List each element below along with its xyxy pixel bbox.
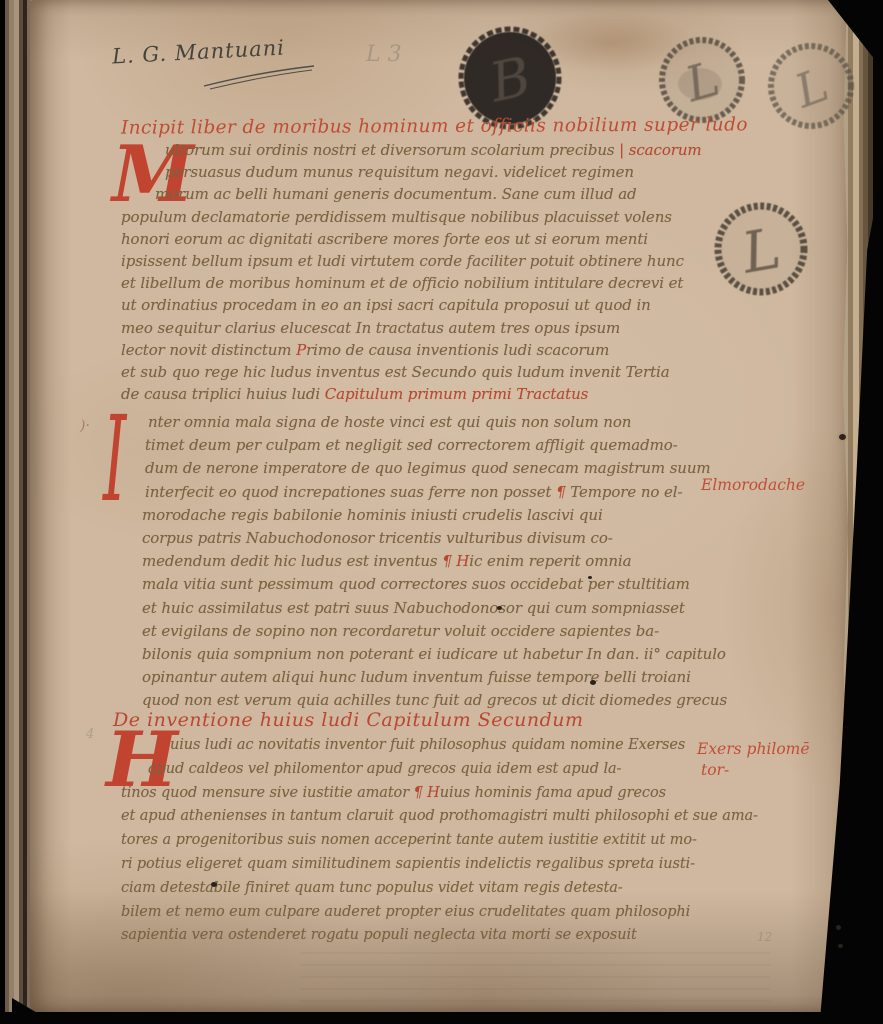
text-line: et huic assimilatus est patri suus Nabuc… xyxy=(142,599,685,617)
body-text: et libellum de moribus hominum et de off… xyxy=(121,274,683,292)
text-line: populum declamatorie perdidissem multisq… xyxy=(121,208,672,226)
text-line: nter omnia mala signa de hoste vinci est… xyxy=(148,413,631,431)
wormhole-dot xyxy=(836,925,841,930)
body-text: bilem et nemo eum culpare auderet propte… xyxy=(121,904,690,920)
text-line: persuasus dudum munus requisitum negavi.… xyxy=(165,163,634,181)
text-line: et sub quo rege hic ludus inventus est S… xyxy=(121,363,670,381)
verso-showthrough xyxy=(300,952,770,1007)
text-line: sapientia vera ostenderet rogatu populi … xyxy=(121,927,637,943)
body-text: persuasus dudum munus requisitum negavi.… xyxy=(165,163,634,181)
text-line: honori eorum ac dignitati ascribere more… xyxy=(121,230,648,248)
text-line: lector novit distinctum Primo de causa i… xyxy=(121,341,609,359)
body-text: interfecit eo quod increpationes suas fe… xyxy=(145,483,556,501)
body-text: Tempore no el- xyxy=(566,483,683,501)
body-text: tores a progenitoribus suis nomen accepe… xyxy=(121,832,697,848)
ink-speck xyxy=(211,882,217,887)
drop-cap-i: I xyxy=(103,400,126,518)
background-bottom-edge xyxy=(0,1012,883,1024)
body-text: quod non est verum quia achilles tunc fu… xyxy=(142,691,727,709)
body-text: honori eorum ac dignitati ascribere more… xyxy=(121,230,648,248)
body-text: sapientia vera ostenderet rogatu populi … xyxy=(121,927,637,943)
body-text: bilonis quia sompnium non poterant ei iu… xyxy=(142,645,726,663)
body-text: morum ac belli humani generis documentum… xyxy=(155,185,637,203)
body-text: rimo de causa inventionis ludi scacorum xyxy=(306,341,609,359)
body-text: meo sequitur clarius elucescat In tracta… xyxy=(121,319,620,337)
body-text: ic enim reperit omnia xyxy=(469,552,631,570)
pencil-top-note: L 3 xyxy=(366,42,402,67)
body-text: opinantur autem aliqui hunc ludum invent… xyxy=(142,668,691,686)
ink-speck xyxy=(497,606,502,610)
incipit-rubric: Incipit liber de moribus hominum et offi… xyxy=(121,114,748,138)
text-line: et apud athenienses in tantum claruit qu… xyxy=(121,808,758,824)
body-text: nter omnia mala signa de hoste vinci est… xyxy=(148,413,631,431)
margin-sign: 4 xyxy=(86,727,94,742)
margin-note-exerses-line1: Exers philomē xyxy=(697,740,810,758)
body-text: mala vitia sunt pessimum quod correctore… xyxy=(142,575,690,593)
body-text: apud caldeos vel philomentor apud grecos… xyxy=(148,761,621,777)
text-line: timet deum per culpam et negligit sed co… xyxy=(145,436,678,454)
text-line: bilem et nemo eum culpare auderet propte… xyxy=(121,904,690,920)
body-text: tinos quod mensure sive iustitie amator xyxy=(121,785,414,801)
rubricated-text: P xyxy=(296,341,306,359)
ink-speck xyxy=(590,680,596,685)
body-text: medendum dedit hic ludus est inventus xyxy=(142,552,442,570)
text-line: corpus patris Nabuchodonosor tricentis v… xyxy=(142,529,613,547)
text-line: ut ordinatius procedam in eo an ipsi sac… xyxy=(121,296,651,314)
body-text: ut ordinatius procedam in eo an ipsi sac… xyxy=(121,296,651,314)
body-text: dum de nerone imperatore de quo legimus … xyxy=(145,459,711,477)
text-line: medendum dedit hic ludus est inventus ¶ … xyxy=(142,552,631,570)
body-text: de causa triplici huius ludi xyxy=(121,385,325,403)
library-stamp-faint-2: L xyxy=(766,40,856,132)
body-text: ipsissent bellum ipsum et ludi virtutem … xyxy=(121,252,684,270)
body-text: corpus patris Nabuchodonosor tricentis v… xyxy=(142,529,613,547)
body-text: et apud athenienses in tantum claruit qu… xyxy=(121,808,758,824)
rubricated-text: | scacorum xyxy=(619,141,701,159)
rubricated-text: Capitulum primum primi Tractatus xyxy=(325,385,588,403)
body-text: uius hominis fama apud grecos xyxy=(440,785,666,801)
rubricated-text: ¶ xyxy=(556,483,565,501)
text-line: uius ludi ac novitatis inventor fuit phi… xyxy=(170,737,685,753)
library-stamp-dark: B xyxy=(458,26,562,130)
text-line: mala vitia sunt pessimum quod correctore… xyxy=(142,575,690,593)
ink-speck xyxy=(588,576,592,579)
text-line: ciam detestabile finiret quam tunc popul… xyxy=(121,880,623,896)
text-line: ipsissent bellum ipsum et ludi virtutem … xyxy=(121,252,684,270)
body-text: timet deum per culpam et negligit sed co… xyxy=(145,436,678,454)
text-line: quod non est verum quia achilles tunc fu… xyxy=(142,691,727,709)
manuscript-photo: L. G. Mantuani L 3 B L L L Incipit liber… xyxy=(0,0,883,1024)
chapter-2-rubric: De inventione huius ludi Capitulum Secun… xyxy=(113,709,584,731)
flourish-underline xyxy=(200,62,320,90)
rubricated-text: ¶ H xyxy=(442,552,469,570)
body-text: uius ludi ac novitatis inventor fuit phi… xyxy=(170,737,685,753)
wormhole-dot xyxy=(839,434,846,440)
body-text: et sub quo rege hic ludus inventus est S… xyxy=(121,363,670,381)
library-stamp-monogram: L xyxy=(712,200,810,298)
text-line: morum ac belli humani generis documentum… xyxy=(155,185,637,203)
text-line: et libellum de moribus hominum et de off… xyxy=(121,274,683,292)
body-text: lector novit distinctum xyxy=(121,341,296,359)
margin-note-elmorodache: Elmorodache xyxy=(701,476,805,494)
text-line: ultorum sui ordinis nostri et diversorum… xyxy=(165,141,702,159)
text-line: meo sequitur clarius elucescat In tracta… xyxy=(121,319,620,337)
text-line: opinantur autem aliqui hunc ludum invent… xyxy=(142,668,691,686)
body-text: et huic assimilatus est patri suus Nabuc… xyxy=(142,599,685,617)
quire-mark: )· xyxy=(80,418,90,434)
text-line: interfecit eo quod increpationes suas fe… xyxy=(145,483,682,501)
text-line: tores a progenitoribus suis nomen accepe… xyxy=(121,832,697,848)
margin-note-exerses-line2: tor- xyxy=(701,761,729,779)
body-text: ciam detestabile finiret quam tunc popul… xyxy=(121,880,623,896)
text-line: tinos quod mensure sive iustitie amator … xyxy=(121,785,666,801)
text-line: apud caldeos vel philomentor apud grecos… xyxy=(148,761,621,777)
rubricated-text: ¶ H xyxy=(414,785,440,801)
text-line: dum de nerone imperatore de quo legimus … xyxy=(145,459,711,477)
body-text: et evigilans de sopino non recordaretur … xyxy=(142,622,659,640)
text-line: de causa triplici huius ludi Capitulum p… xyxy=(121,385,588,403)
body-text: ultorum sui ordinis nostri et diversorum… xyxy=(165,141,619,159)
text-line: ri potius eligeret quam similitudinem sa… xyxy=(121,856,695,872)
text-line: bilonis quia sompnium non poterant ei iu… xyxy=(142,645,726,663)
pencil-page-number: 12 xyxy=(757,930,772,944)
body-text: populum declamatorie perdidissem multisq… xyxy=(121,208,672,226)
text-line: et evigilans de sopino non recordaretur … xyxy=(142,622,659,640)
library-stamp-faint-1: L xyxy=(656,34,748,126)
wormhole-dot xyxy=(838,944,843,948)
body-text: morodache regis babilonie hominis iniust… xyxy=(142,506,603,524)
text-line: morodache regis babilonie hominis iniust… xyxy=(142,506,603,524)
body-text: ri potius eligeret quam similitudinem sa… xyxy=(121,856,695,872)
